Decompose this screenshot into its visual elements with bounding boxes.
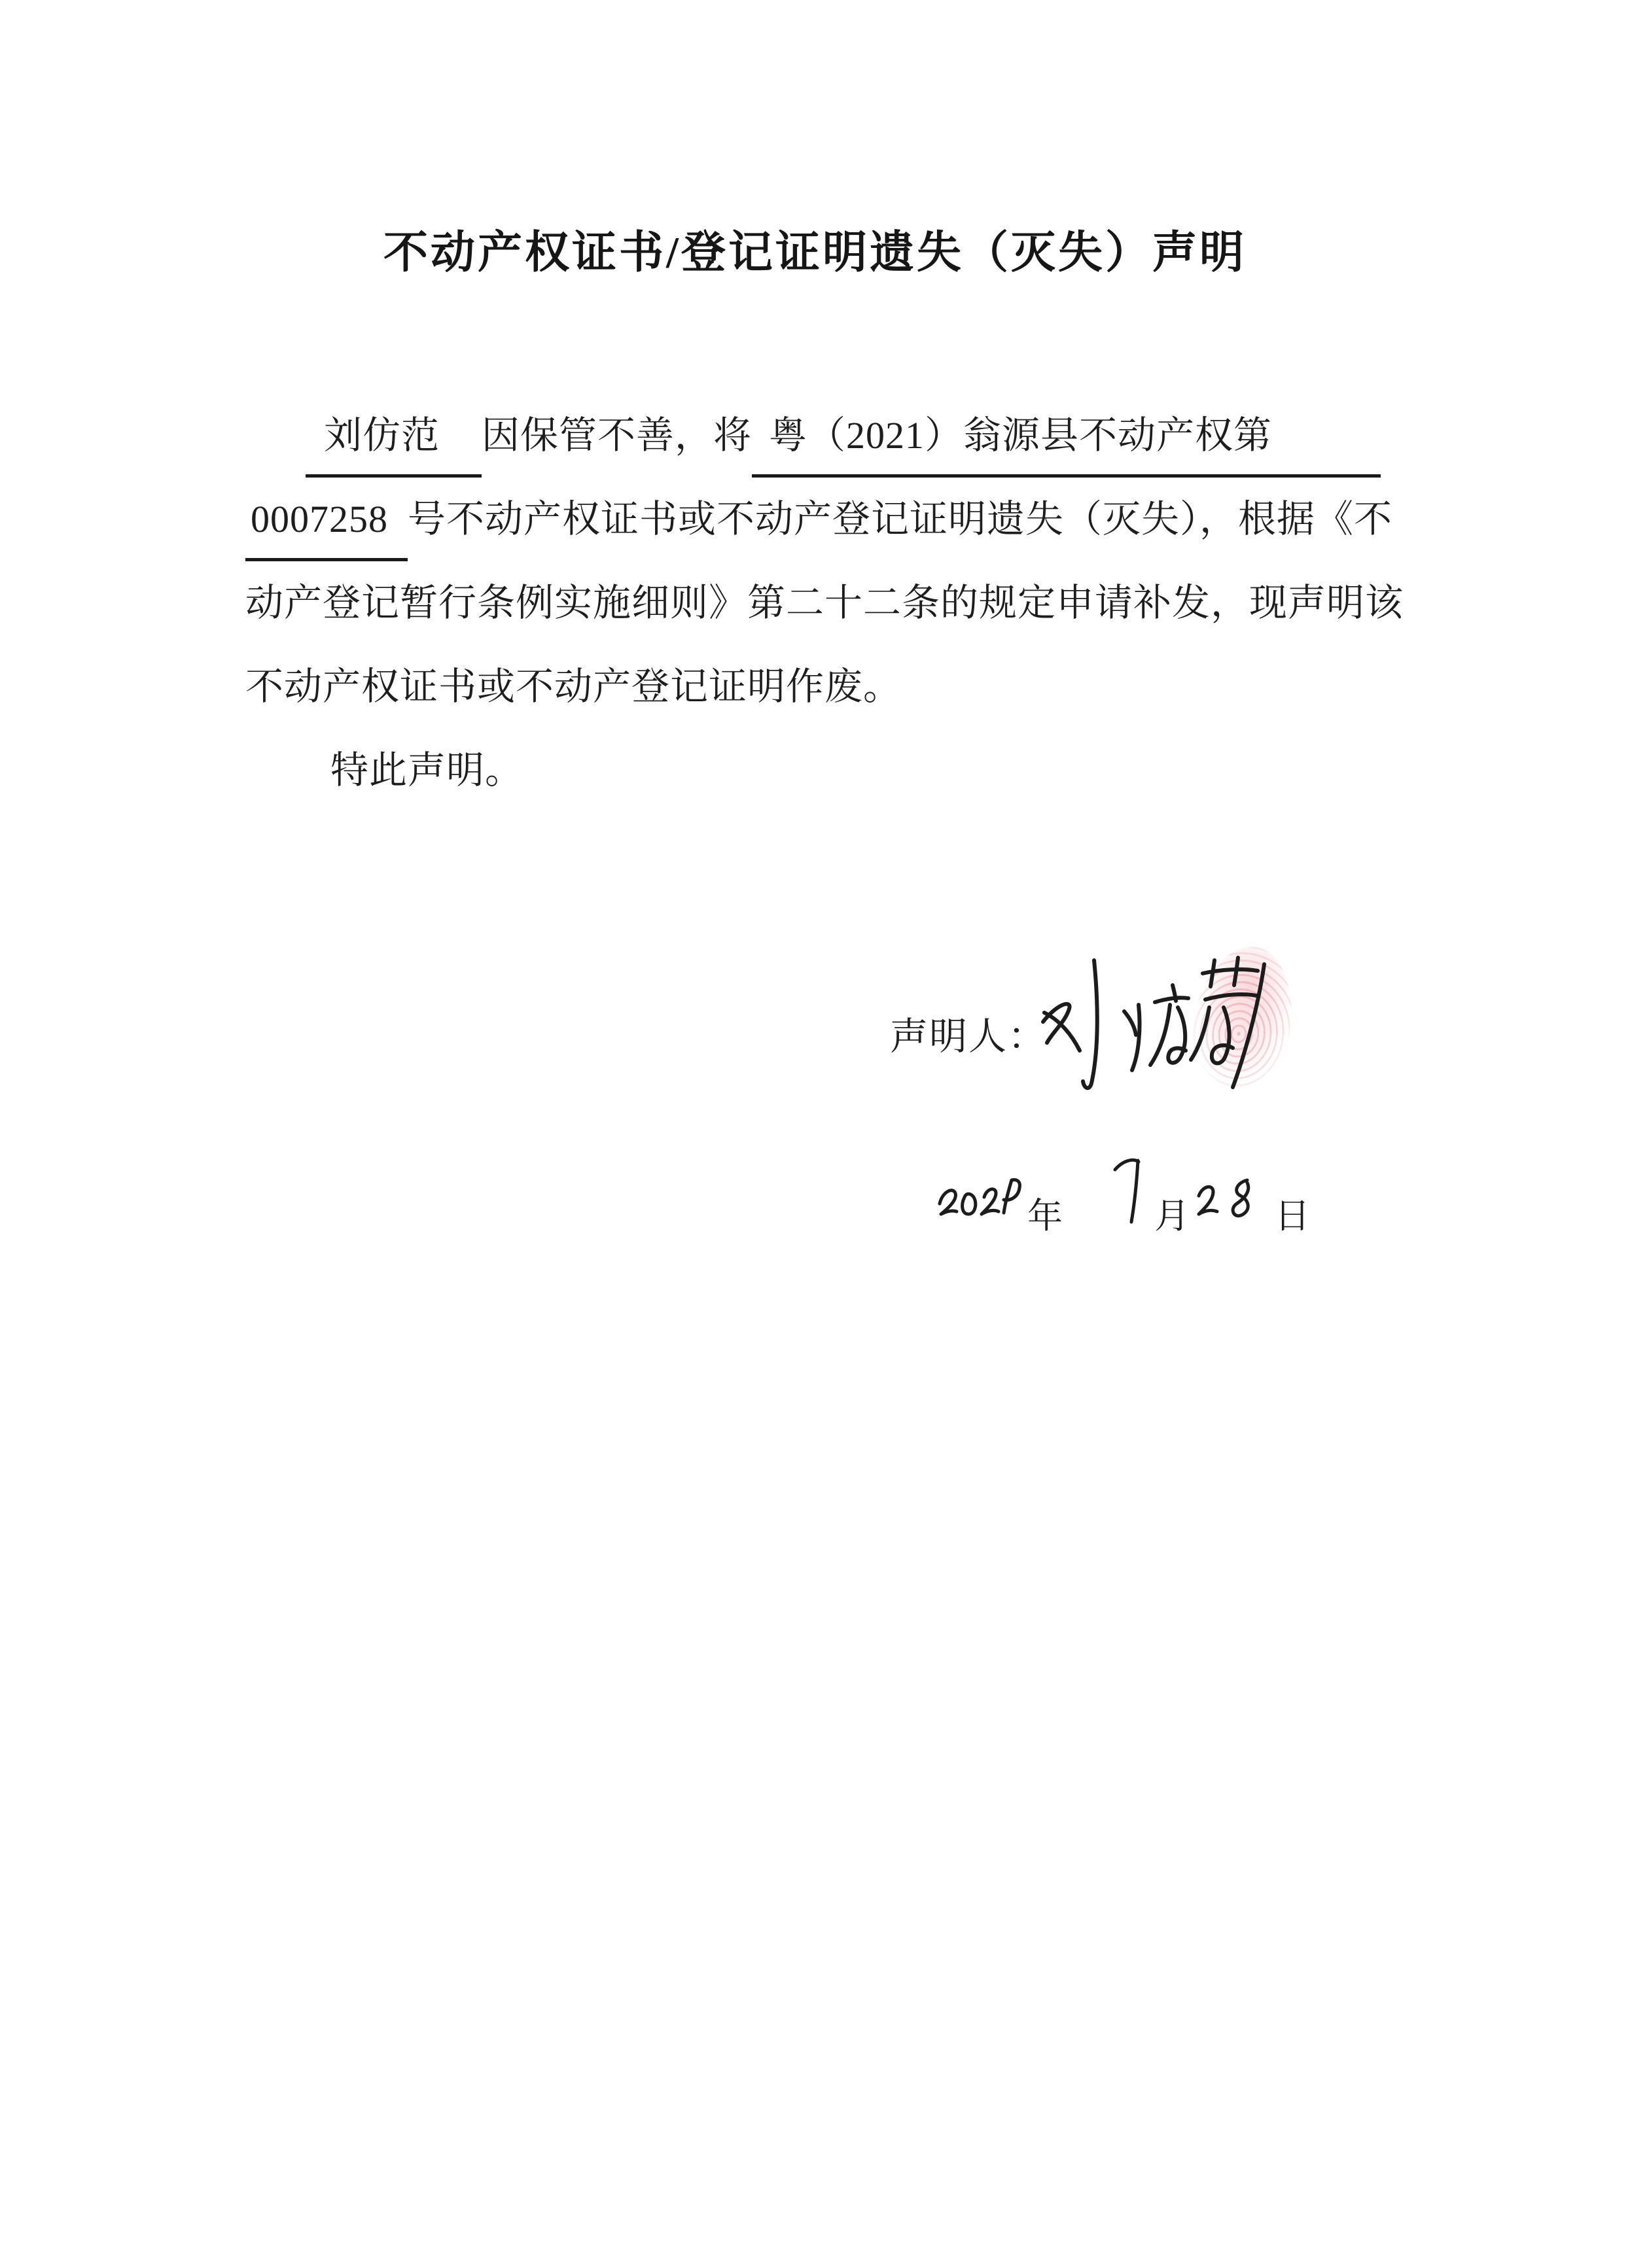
body-line-2: 0007258 号不动产权证书或不动产登记证明遗失（灭失），根据《不 [245,478,1381,561]
handwritten-day [1194,1168,1264,1230]
closing-statement: 特此声明。 [330,729,1381,812]
handwritten-month [1110,1153,1144,1231]
paragraph-indent [245,394,306,478]
month-suffix: 月 [1154,1188,1190,1238]
year-suffix: 年 [1027,1188,1063,1238]
declarant-name-underlined: 刘仿范 [306,394,482,478]
declarant-label: 声明人： [890,1005,1047,1060]
body-line-1-text: 因保管不善，将 [482,394,752,478]
handwritten-signature [1033,943,1285,1110]
body-line-4: 不动产权证书或不动产登记证明作废。 [245,645,1381,729]
certificate-number-underlined: 0007258 [245,478,408,561]
body-line-2-text: 号不动产权证书或不动产登记证明遗失（灭失），根据《不 [408,478,1392,561]
document-title: 不动产权证书/登记证明遗失（灭失）声明 [0,217,1630,281]
body-line-1: 刘仿范 因保管不善，将 粤（2021）翁源县不动产权第 [245,394,1381,478]
handwritten-year [934,1163,1023,1225]
certificate-prefix-underlined: 粤（2021）翁源县不动产权第 [752,394,1381,478]
declaration-body: 刘仿范 因保管不善，将 粤（2021）翁源县不动产权第 0007258 号不动产… [245,394,1381,812]
declaration-document-page: 不动产权证书/登记证明遗失（灭失）声明 刘仿范 因保管不善，将 粤（2021）翁… [0,0,1630,2268]
body-line-3: 动产登记暂行条例实施细则》第二十二条的规定申请补发，现声明该 [245,561,1381,645]
day-suffix: 日 [1275,1188,1310,1238]
